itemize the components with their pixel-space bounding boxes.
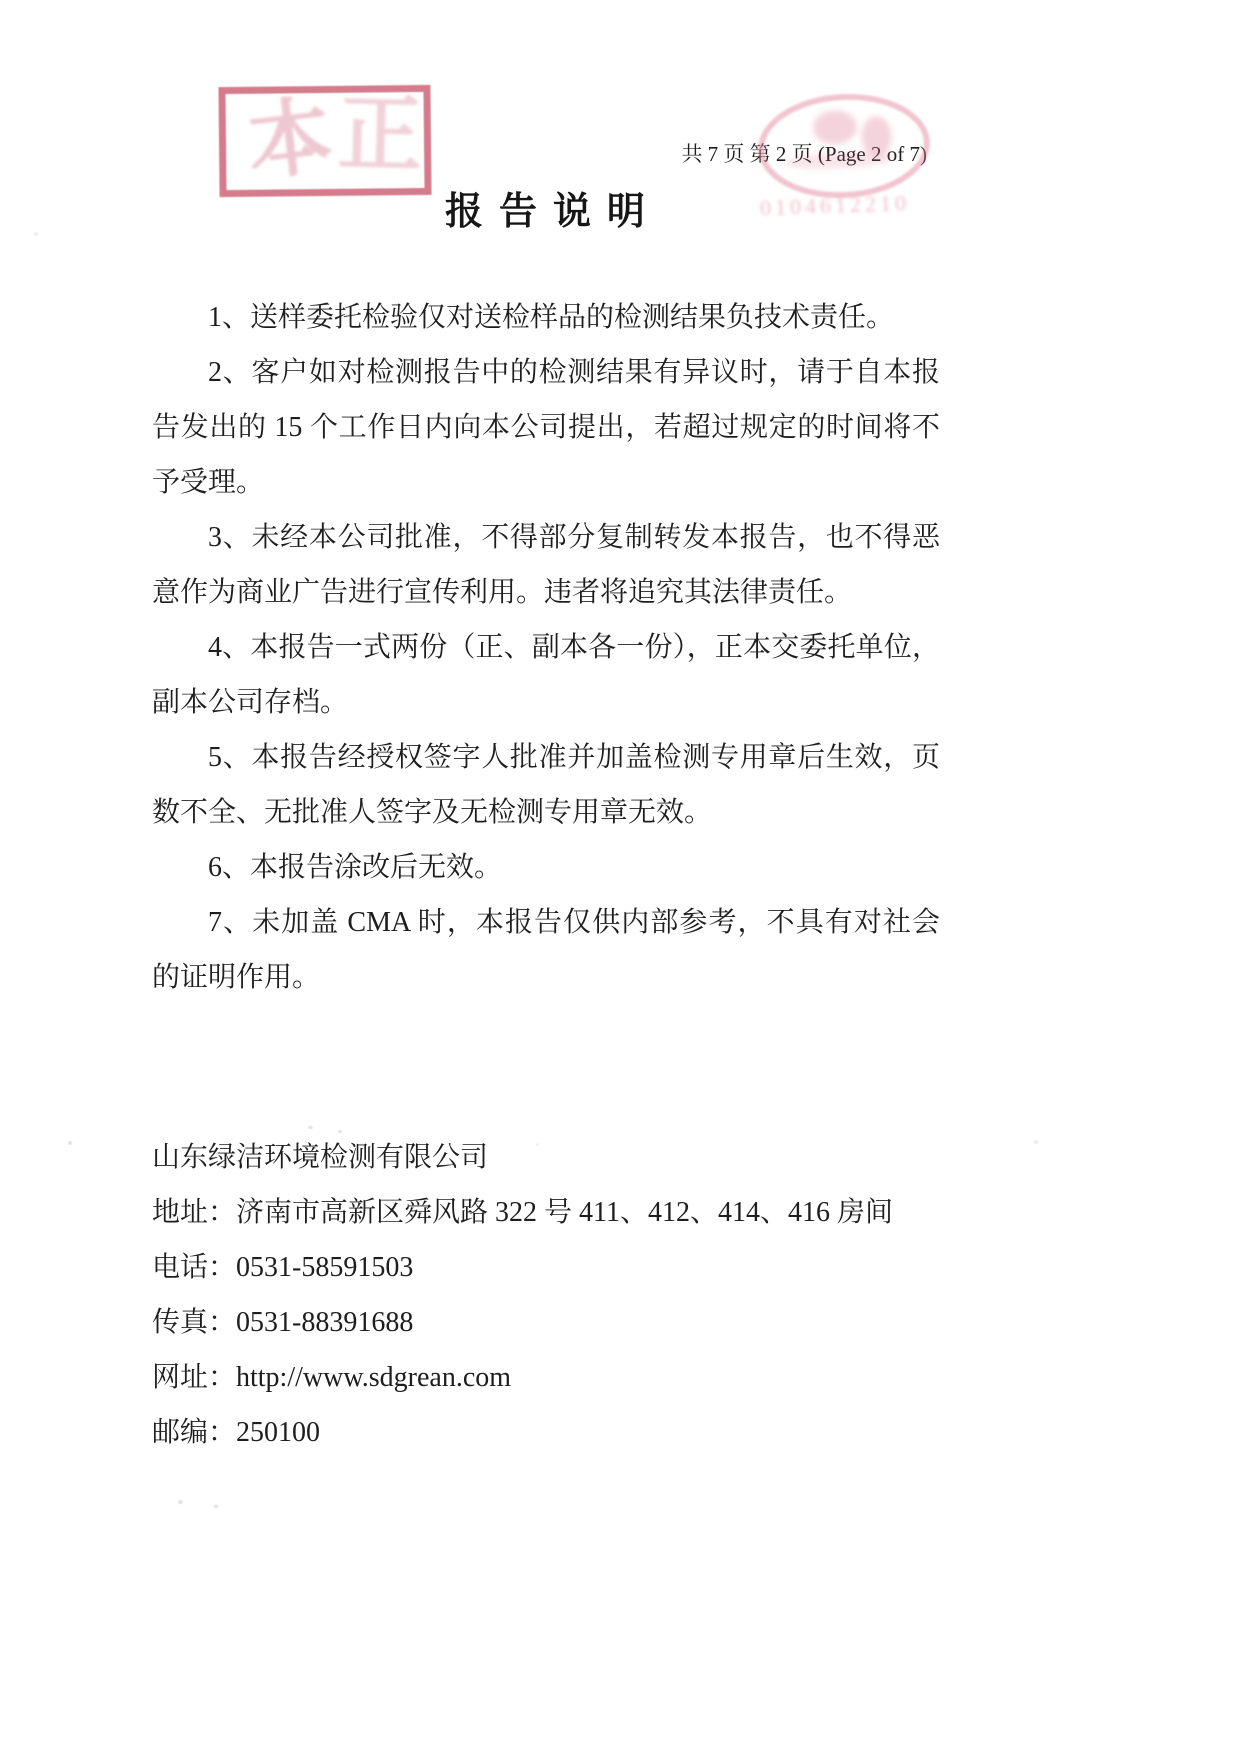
report-notes: 1、送样委托检验仅对送检样品的检测结果负技术责任。 2、客户如对检测报告中的检测… [152,290,940,1005]
note-item-4: 4、本报告一式两份（正、副本各一份），正本交委托单位，副本公司存档。 [152,620,940,730]
note-item-3: 3、未经本公司批准，不得部分复制转发本报告，也不得恶意作为商业广告进行宣传利用。… [152,510,940,620]
scan-noise-speck [536,1143,539,1146]
scan-noise-speck [68,1141,72,1145]
scan-noise-speck [34,232,38,236]
page-title: 报告说明 [152,180,938,235]
company-website: 网址：http://www.sdgrean.com [152,1350,972,1405]
note-item-2: 2、客户如对检测报告中的检测结果有异议时，请于自本报告发出的 15 个工作日内向… [152,345,940,510]
company-postcode: 邮编：250100 [152,1405,972,1460]
company-address: 地址：济南市高新区舜风路 322 号 411、412、414、416 房间 [152,1185,972,1240]
company-name: 山东绿洁环境检测有限公司 [152,1130,972,1185]
scan-noise-speck [308,1126,313,1129]
scan-noise-speck [214,1505,218,1508]
company-fax: 传真：0531-88391688 [152,1295,972,1350]
scan-noise-speck [1034,1140,1038,1144]
seal-smudge [812,109,858,145]
company-phone: 电话：0531-58591503 [152,1240,972,1295]
note-item-7: 7、未加盖 CMA 时，本报告仅供内部参考，不具有对社会的证明作用。 [152,895,940,1005]
report-explanation-page: 本 正 共 7 页 第 2 页 (Page 2 of 7) 0104612210… [0,0,1240,1754]
company-info-block: 山东绿洁环境检测有限公司 地址：济南市高新区舜风路 322 号 411、412、… [152,1130,972,1460]
note-item-1: 1、送样委托检验仅对送检样品的检测结果负技术责任。 [152,290,940,345]
stamp-char-right: 正 [337,93,423,179]
scan-noise-speck [338,1130,342,1133]
stamp-char-left: 本 [243,95,336,188]
scan-noise-speck [178,1500,183,1504]
seal-smudge [784,149,895,171]
note-item-6: 6、本报告涂改后无效。 [152,840,940,895]
note-item-5: 5、本报告经授权签字人批准并加盖检测专用章后生效，页数不全、无批准人签字及无检测… [152,730,940,840]
